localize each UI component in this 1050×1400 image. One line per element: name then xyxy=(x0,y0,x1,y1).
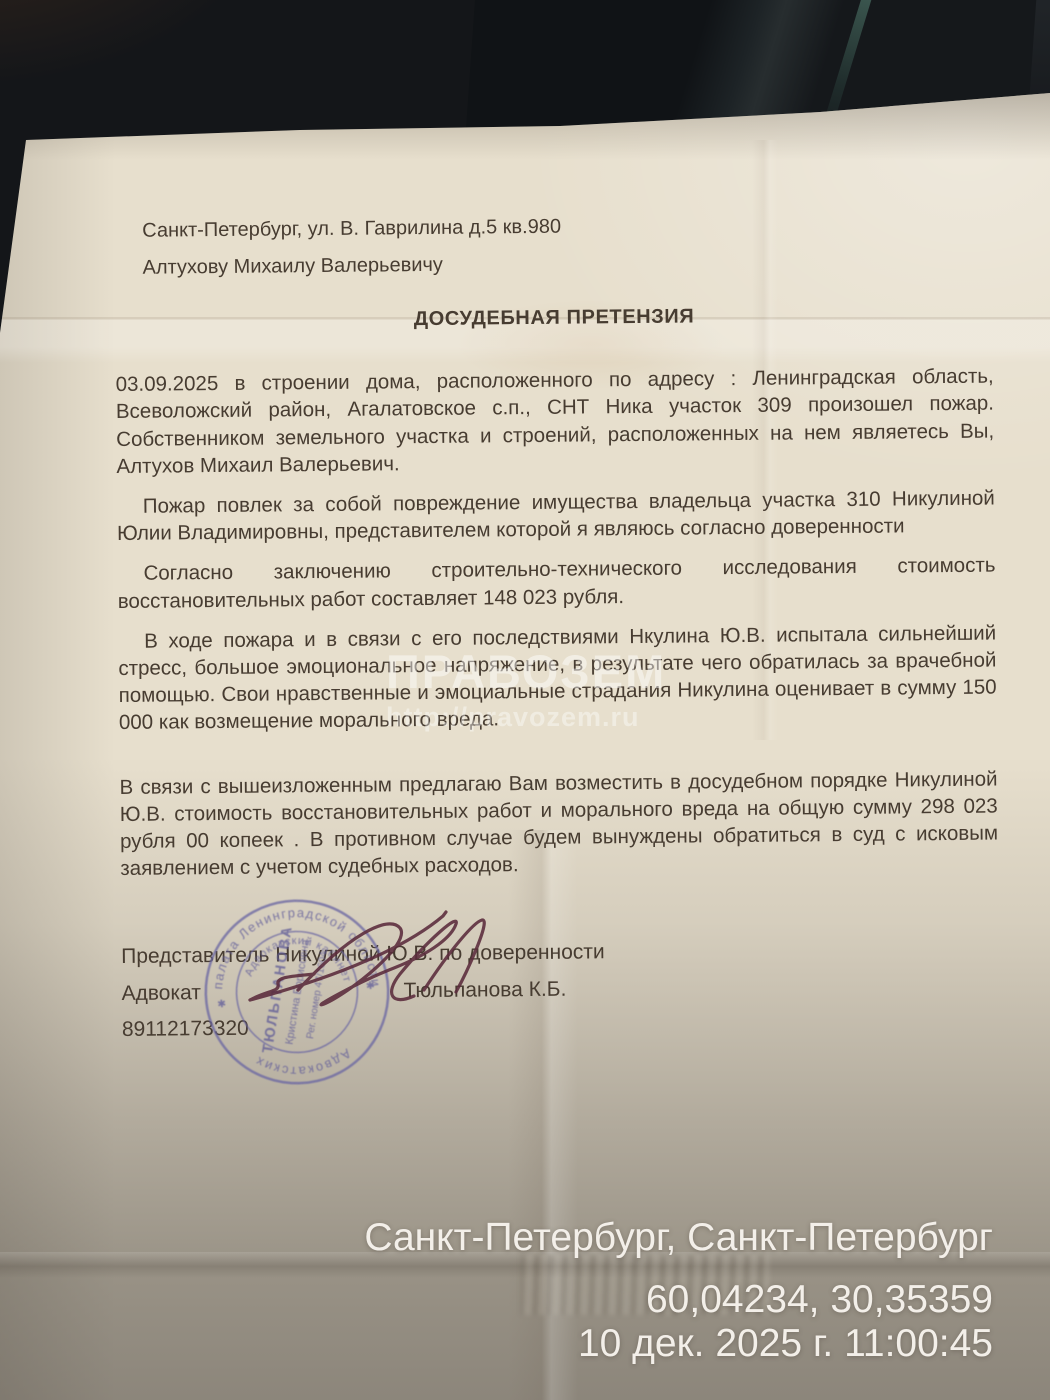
paragraph-incident: 03.09.2025 в строении дома, расположенно… xyxy=(116,363,995,480)
watermark-url: http://pravozem.ru xyxy=(386,702,666,733)
handwritten-signature xyxy=(228,878,748,1028)
geotag-location: Санкт-Петербург, Санкт-Петербург xyxy=(364,1216,993,1260)
paragraph-cost: Согласно заключению строительно-техничес… xyxy=(117,552,995,615)
photo-of-document: Санкт-Петербург, ул. В. Гаврилина д.5 кв… xyxy=(0,0,1050,1400)
document-title: ДОСУДЕБНАЯ ПРЕТЕНЗИЯ xyxy=(115,301,993,337)
paragraph-demand: В связи с вышеизложенным предлагаю Вам в… xyxy=(119,765,998,882)
watermark: ПРАВОЗЕМ http://pravozem.ru xyxy=(386,648,666,733)
recipient-name: Алтухову Михаилу Валерьевичу xyxy=(142,242,992,287)
recipient-block: Санкт-Петербург, ул. В. Гаврилина д.5 кв… xyxy=(142,205,993,287)
stamp-star-left: ✱ xyxy=(217,998,227,1011)
signature-role: Адвокат xyxy=(121,982,201,1006)
paragraph-damage: Пожар повлек за собой повреждение имущес… xyxy=(117,485,995,548)
geotag-overlay: Санкт-Петербург, Санкт-Петербург 60,0423… xyxy=(364,1216,993,1366)
watermark-text: ПРАВОЗЕМ xyxy=(386,648,666,696)
document-paper: Санкт-Петербург, ул. В. Гаврилина д.5 кв… xyxy=(0,0,1050,1400)
geotag-coordinates: 60,04234, 30,35359 xyxy=(364,1278,993,1322)
geotag-datetime: 10 дек. 2025 г. 11:00:45 xyxy=(364,1322,993,1366)
